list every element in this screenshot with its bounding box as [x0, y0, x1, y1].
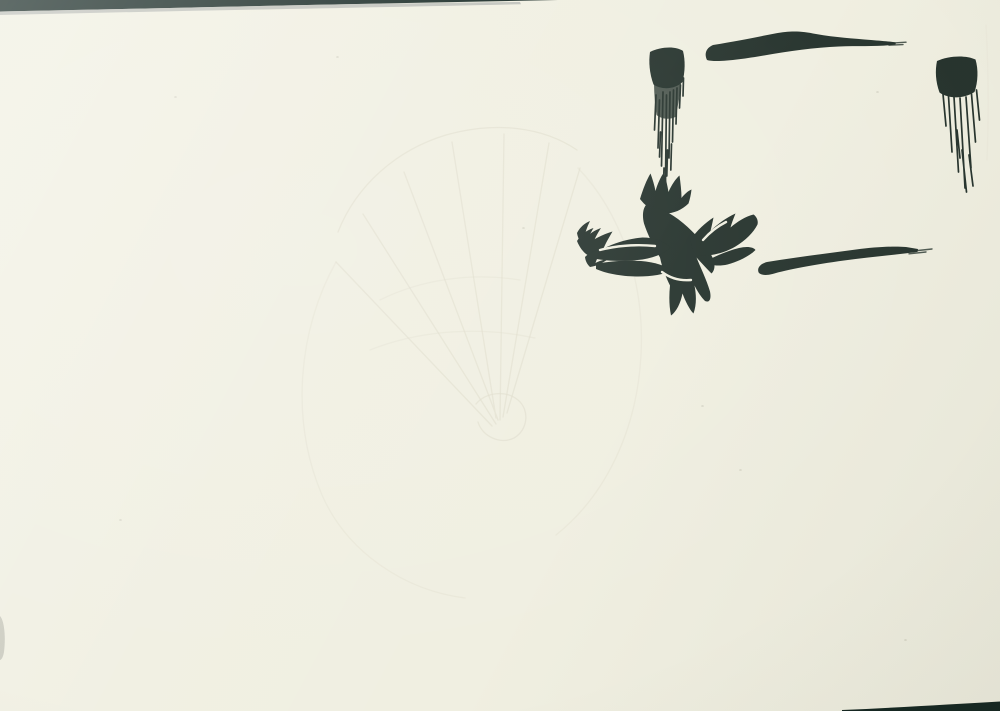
ink-left-stroke-core — [649, 48, 684, 89]
ink-right-stroke-core — [936, 56, 978, 97]
sketchbook-photo — [0, 0, 1000, 711]
sketchbook-drawing — [0, 0, 1000, 711]
paper-background — [0, 0, 1000, 711]
